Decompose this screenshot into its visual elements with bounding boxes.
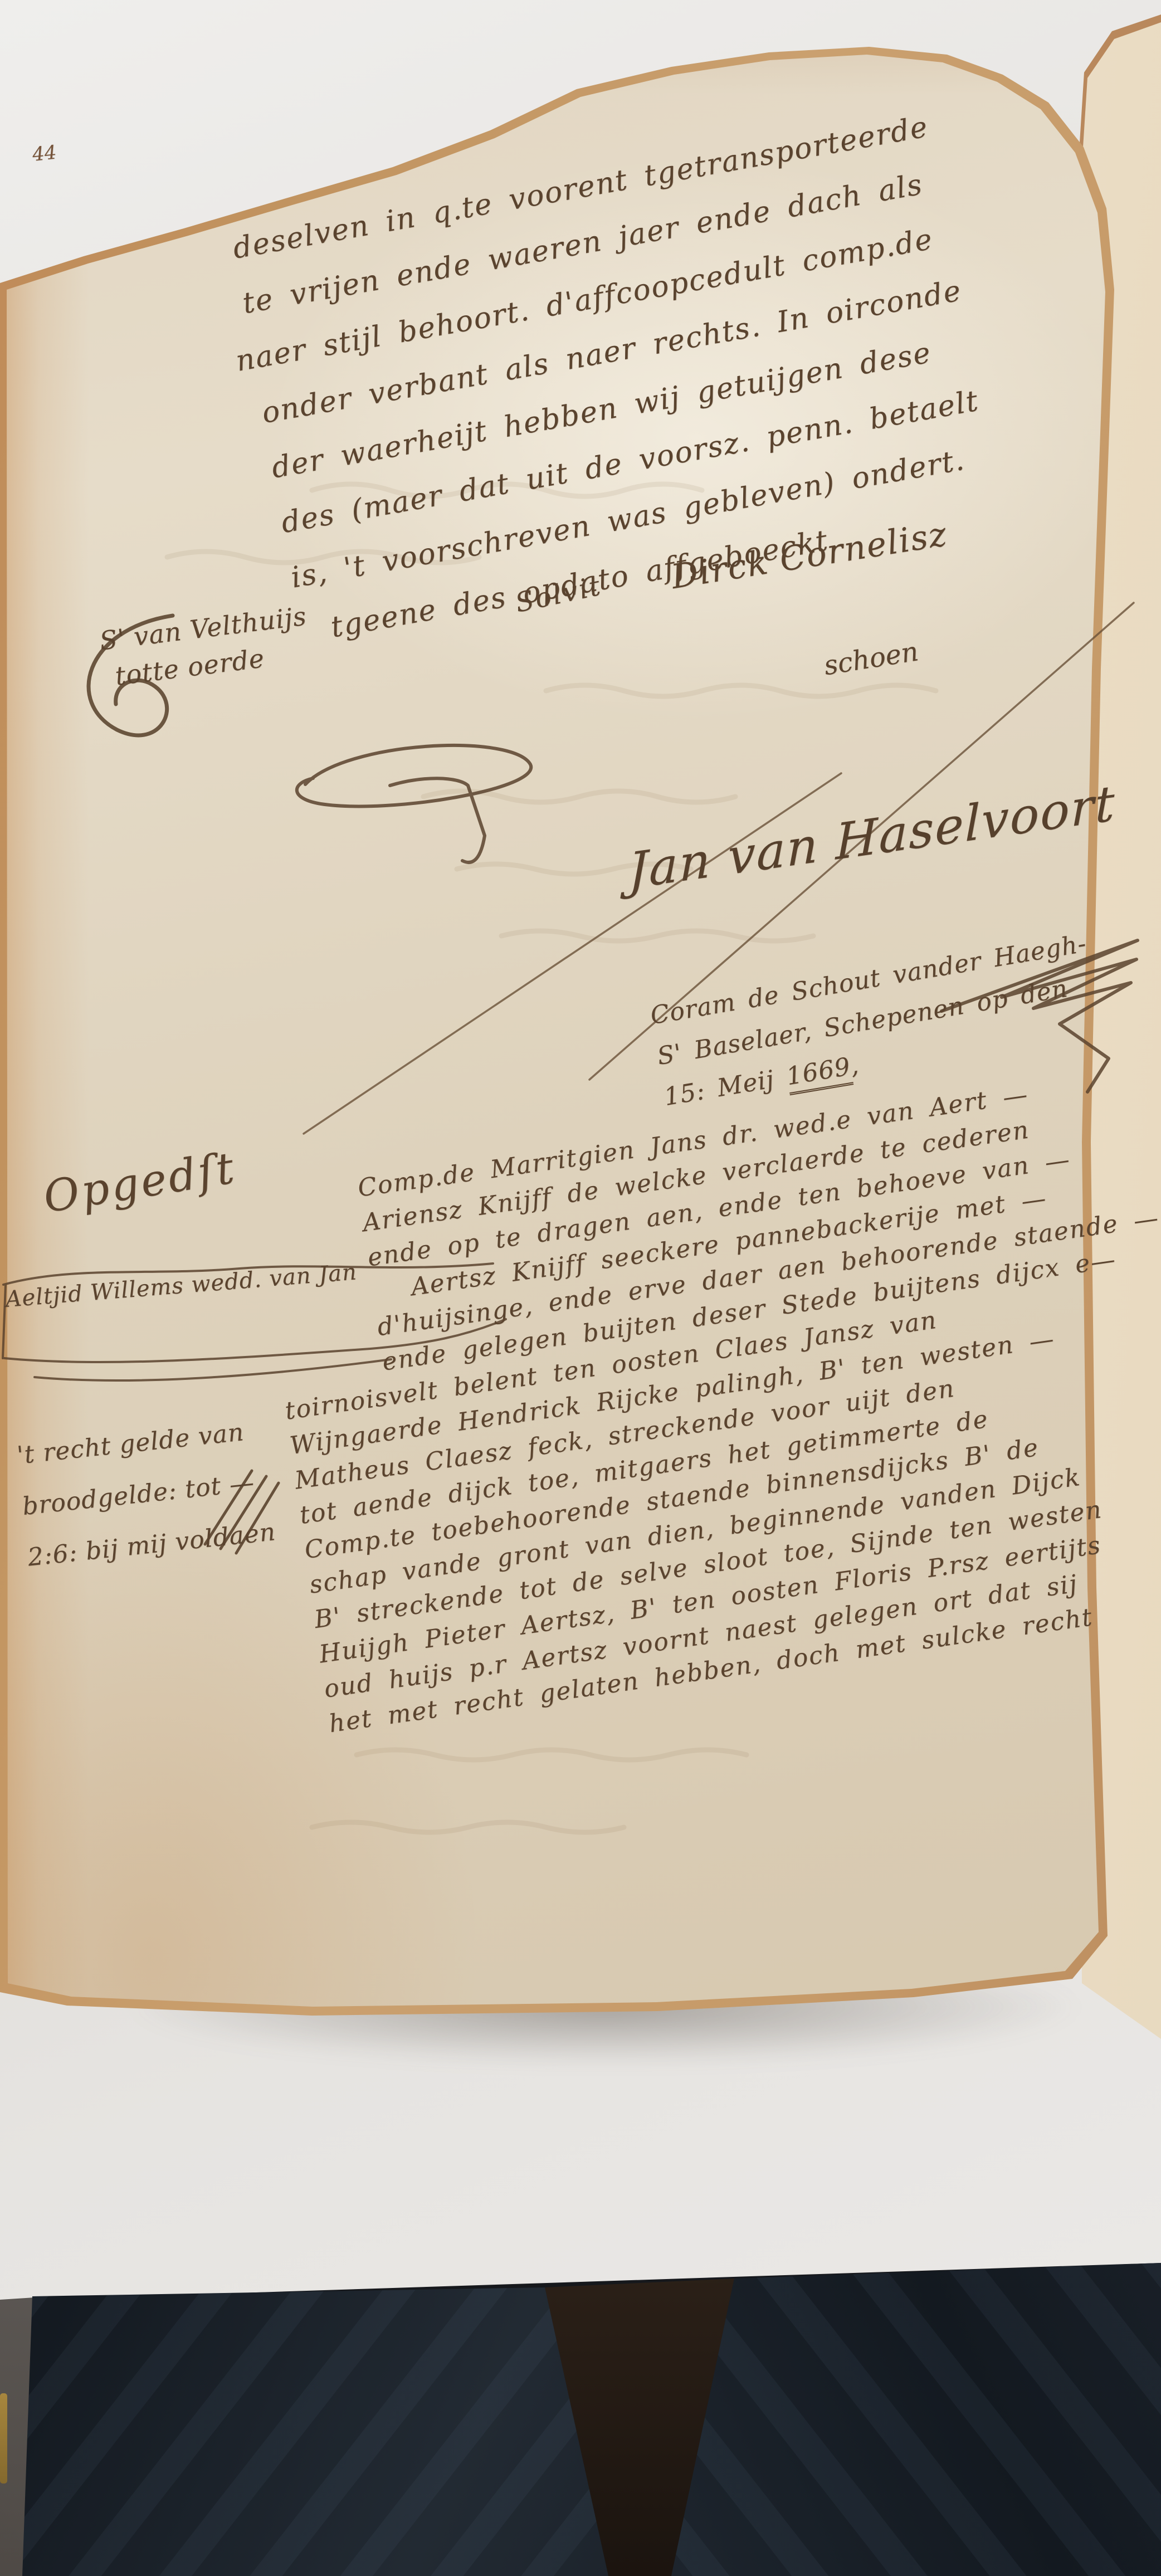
table-leg-glint	[0, 2393, 7, 2484]
manuscript-photo: 44 deselven in q.te voorent tgetransport…	[0, 0, 1161, 2576]
page-number-mark: 44	[31, 141, 57, 165]
margin-payment-note: 't recht gelde van broodgelde: tot — 2:6…	[14, 1404, 279, 1583]
